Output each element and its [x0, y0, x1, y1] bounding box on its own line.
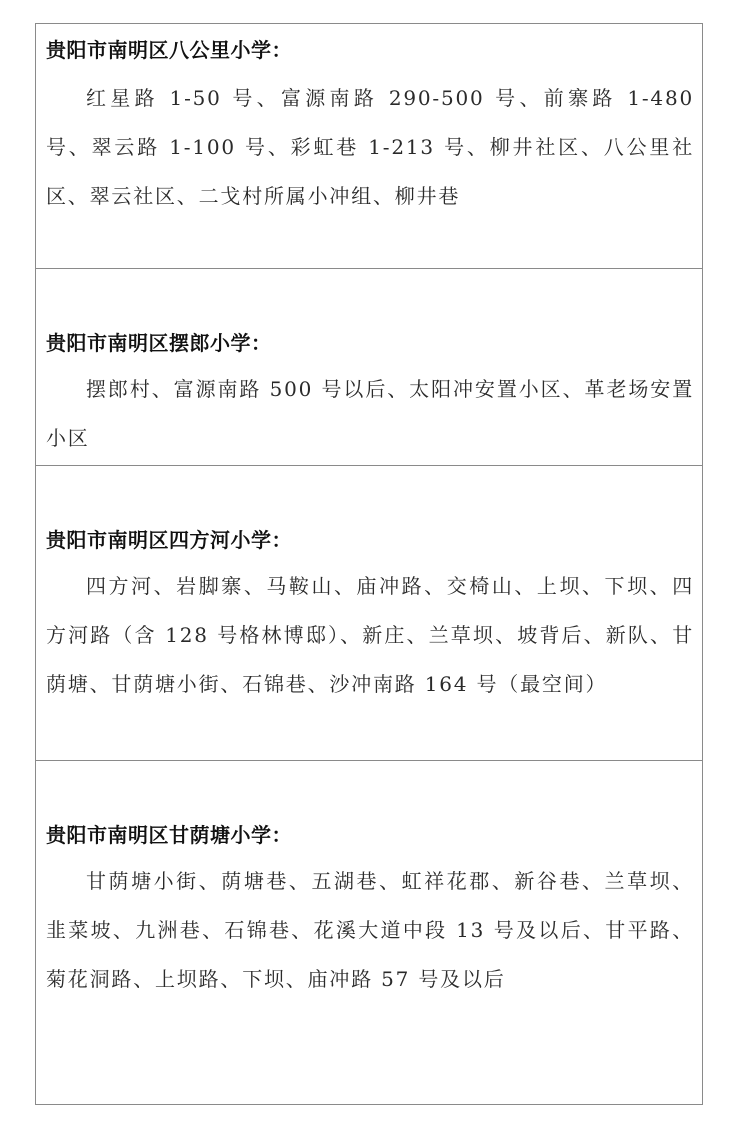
school-name: 贵阳市南明区四方河小学： [46, 524, 694, 556]
table-row: 贵阳市南明区四方河小学： 四方河、岩脚寨、马鞍山、庙冲路、交椅山、上坝、下坝、四… [36, 466, 702, 761]
school-name: 贵阳市南明区摆郎小学： [46, 327, 694, 359]
school-name: 贵阳市南明区八公里小学： [46, 34, 694, 66]
school-district-table: 贵阳市南明区八公里小学： 红星路 1-50 号、富源南路 290-500 号、前… [35, 23, 703, 1105]
school-name: 贵阳市南明区甘荫塘小学： [46, 819, 694, 851]
table-row: 贵阳市南明区摆郎小学： 摆郎村、富源南路 500 号以后、太阳冲安置小区、革老场… [36, 269, 702, 466]
enrollment-areas: 摆郎村、富源南路 500 号以后、太阳冲安置小区、革老场安置小区 [46, 365, 694, 463]
table-row: 贵阳市南明区八公里小学： 红星路 1-50 号、富源南路 290-500 号、前… [36, 24, 702, 269]
enrollment-areas: 四方河、岩脚寨、马鞍山、庙冲路、交椅山、上坝、下坝、四方河路（含 128 号格林… [46, 562, 694, 709]
enrollment-areas: 甘荫塘小街、荫塘巷、五湖巷、虹祥花郡、新谷巷、兰草坝、韭菜坡、九洲巷、石锦巷、花… [46, 857, 694, 1004]
enrollment-areas: 红星路 1-50 号、富源南路 290-500 号、前寨路 1-480 号、翠云… [46, 74, 694, 221]
table-row: 贵阳市南明区甘荫塘小学： 甘荫塘小街、荫塘巷、五湖巷、虹祥花郡、新谷巷、兰草坝、… [36, 761, 702, 1104]
